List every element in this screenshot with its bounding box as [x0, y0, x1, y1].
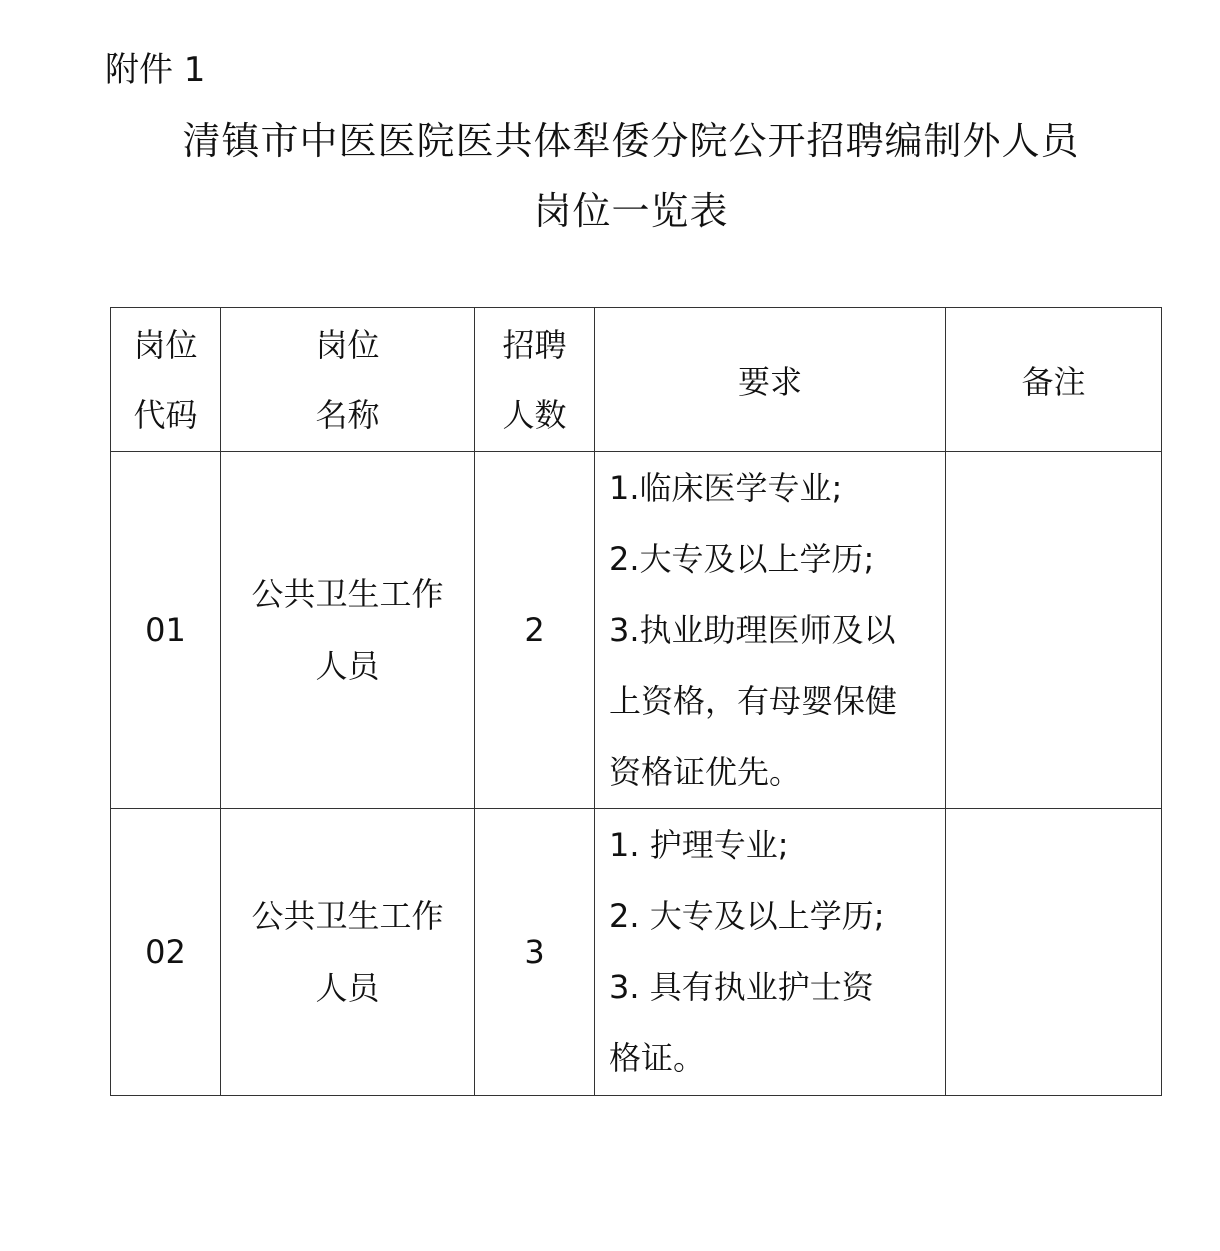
- recruit-count: 2: [475, 452, 595, 809]
- header-recruit-count: 招聘 人数: [475, 308, 595, 452]
- document-subtitle: 岗位一览表: [0, 185, 1220, 237]
- positions-table: 岗位 代码 岗位 名称 招聘 人数 要求 备注 01 公共卫生工作 人员 2 1…: [110, 307, 1162, 1096]
- position-name: 公共卫生工作 人员: [221, 809, 475, 1096]
- remarks: [946, 809, 1162, 1096]
- header-position-name: 岗位 名称: [221, 308, 475, 452]
- header-position-code: 岗位 代码: [111, 308, 221, 452]
- table-row: 02 公共卫生工作 人员 3 1. 护理专业; 2. 大专及以上学历; 3. 具…: [111, 809, 1162, 1096]
- header-requirements: 要求: [595, 308, 946, 452]
- remarks: [946, 452, 1162, 809]
- requirements: 1. 护理专业; 2. 大专及以上学历; 3. 具有执业护士资 格证。: [595, 809, 946, 1096]
- position-code: 02: [111, 809, 221, 1096]
- document-title: 清镇市中医医院医共体犁倭分院公开招聘编制外人员: [0, 115, 1220, 167]
- table-row: 01 公共卫生工作 人员 2 1.临床医学专业; 2.大专及以上学历; 3.执业…: [111, 452, 1162, 809]
- position-name: 公共卫生工作 人员: [221, 452, 475, 809]
- attachment-label: 附件 1: [105, 46, 205, 94]
- header-remarks: 备注: [946, 308, 1162, 452]
- position-code: 01: [111, 452, 221, 809]
- recruit-count: 3: [475, 809, 595, 1096]
- table-header-row: 岗位 代码 岗位 名称 招聘 人数 要求 备注: [111, 308, 1162, 452]
- requirements: 1.临床医学专业; 2.大专及以上学历; 3.执业助理医师及以 上资格，有母婴保…: [595, 452, 946, 809]
